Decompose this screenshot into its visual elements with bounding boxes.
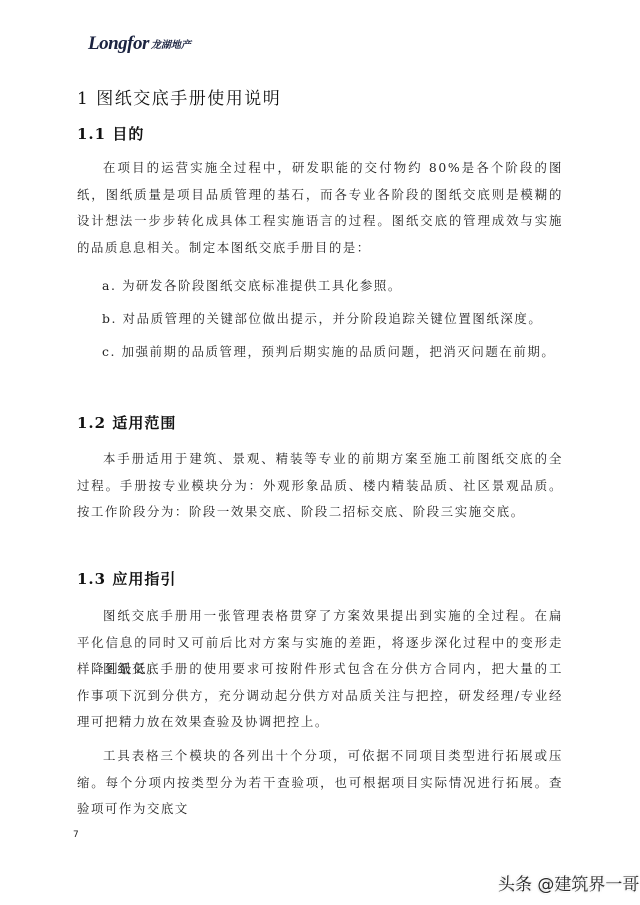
logo-text-en: Longfor <box>88 34 149 54</box>
section-heading-scope: 1.2 适用范围 <box>77 412 176 433</box>
list-item-b: b. 对品质管理的关键部位做出提示，并分阶段追踪关键位置图纸深度。 <box>102 309 542 327</box>
watermark: 头条 @建筑界一哥 <box>498 870 639 895</box>
paragraph-purpose: 在项目的运营实施全过程中，研发职能的交付物约 80%是各个阶段的图纸，图纸质量是… <box>77 155 563 261</box>
paragraph-guide-2: 图纸交底手册的使用要求可按附件形式包含在分供方合同内，把大量的工作事项下沉到分供… <box>77 656 563 736</box>
paragraph-scope: 本手册适用于建筑、景观、精装等专业的前期方案至施工前图纸交底的全过程。手册按专业… <box>77 446 563 526</box>
logo-text-cn: 龙湖地产 <box>151 36 191 51</box>
chapter-title: 1 图纸交底手册使用说明 <box>77 84 281 109</box>
list-item-a: a. 为研发各阶段图纸交底标准提供工具化参照。 <box>102 276 402 294</box>
section-heading-purpose: 1.1 目的 <box>77 123 144 144</box>
paragraph-guide-3: 工具表格三个模块的各列出十个分项，可依据不同项目类型进行拓展或压缩。每个分项内按… <box>77 743 563 823</box>
section-heading-guide: 1.3 应用指引 <box>77 568 176 589</box>
page-number: 7 <box>73 830 79 840</box>
list-item-c: c. 加强前期的品质管理，预判后期实施的品质问题，把消灭问题在前期。 <box>102 342 555 360</box>
longfor-logo: Longfor 龙湖地产 <box>88 32 191 54</box>
